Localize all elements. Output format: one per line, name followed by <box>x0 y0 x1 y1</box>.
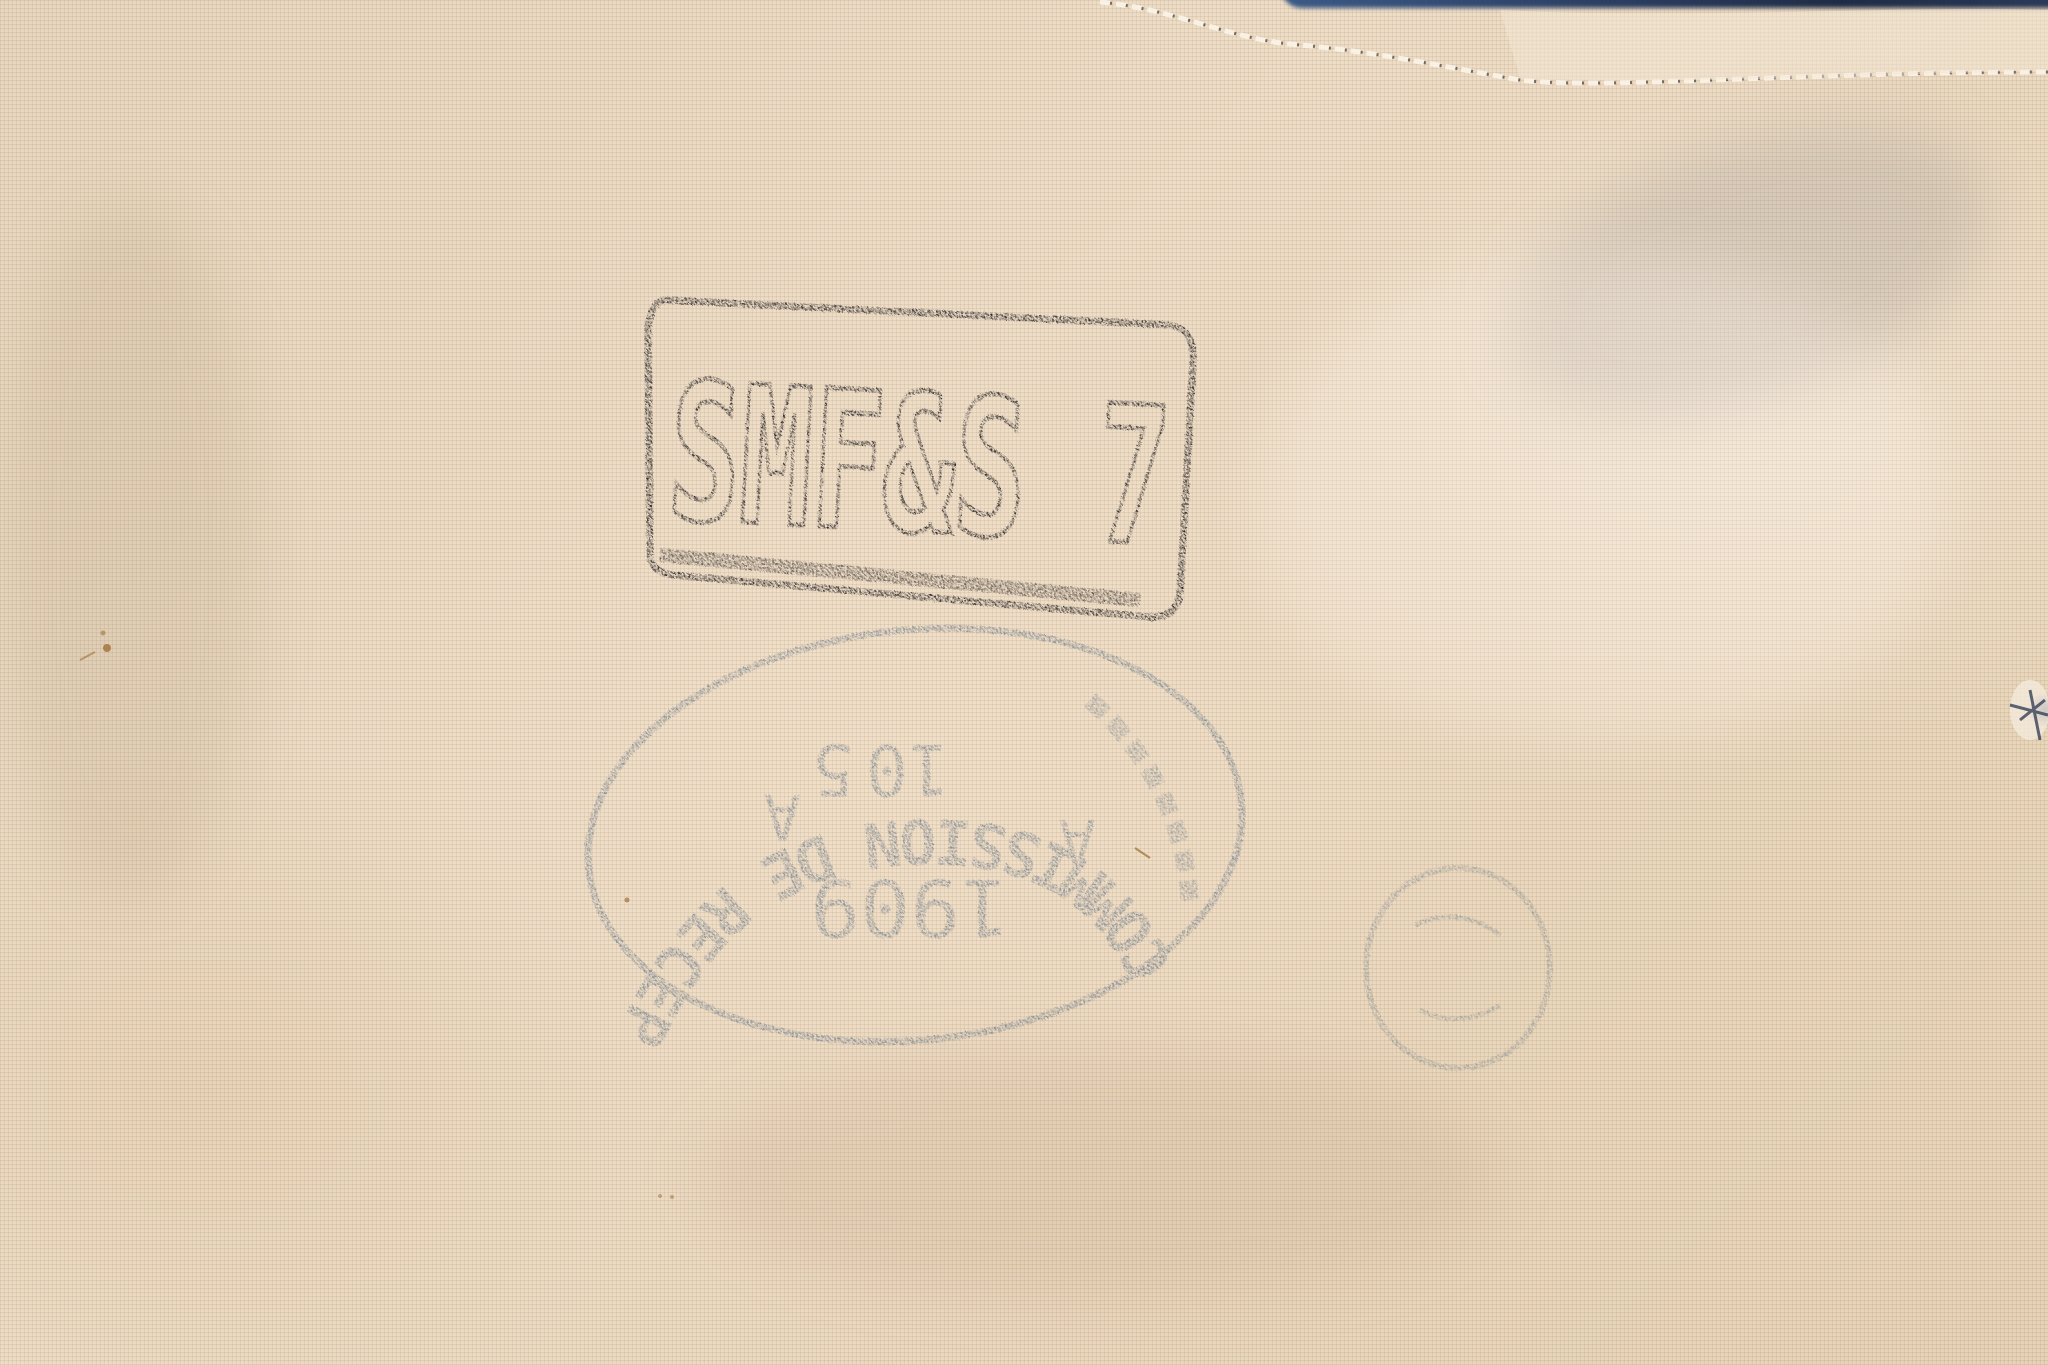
round-blue-stamp <box>1366 868 1550 1068</box>
oval-stamp-day: 5 <box>812 728 854 810</box>
frayed-tear <box>2010 680 2048 740</box>
top-seam-stitching <box>1100 2 2048 83</box>
stamps-and-details-layer: SMF&S 7 COMMISSION DE RECEP 5 10 A A 190… <box>0 0 2048 1365</box>
oval-stamp-year: 1909 <box>810 861 1010 951</box>
oval-stamp-month: 10 <box>866 728 950 810</box>
oval-blue-stamp: COMMISSION DE RECEP 5 10 A A 1909 <box>567 597 1262 1073</box>
oval-stamp-left-letter: A <box>764 780 801 853</box>
black-stamp-text: SMF&S 7 <box>664 342 1175 589</box>
rectangular-black-stamp: SMF&S 7 <box>648 300 1193 617</box>
fabric-photo: SMF&S 7 COMMISSION DE RECEP 5 10 A A 190… <box>0 0 2048 1365</box>
oval-stamp-right-letter: A <box>1059 805 1096 878</box>
